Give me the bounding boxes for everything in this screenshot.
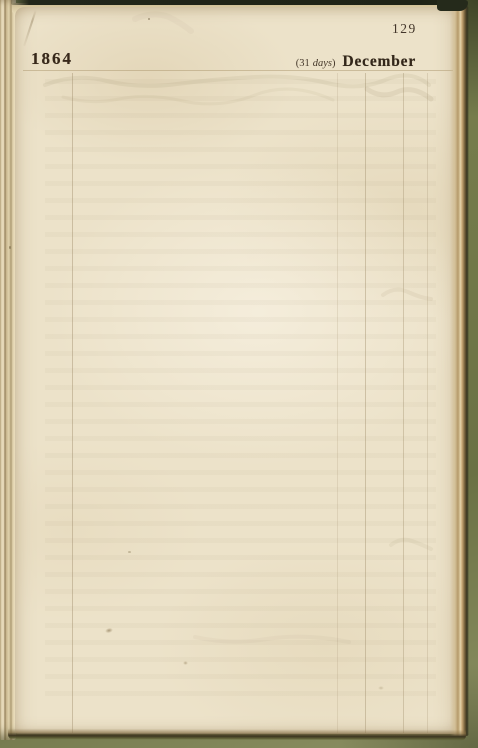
binding-page-edges: [0, 0, 16, 740]
scanned-diary-photo: 1864 129 (31days)December: [0, 0, 478, 748]
days-count-close: ): [332, 58, 336, 69]
month-name: December: [342, 53, 416, 70]
month-header: (31days)December: [296, 54, 416, 70]
book-cover-corner: [437, 0, 468, 11]
days-count-word: days: [313, 58, 332, 69]
foxing-spot: [183, 661, 188, 665]
page-number: 129: [392, 22, 417, 36]
foxing-spot: [148, 18, 150, 20]
page-crease: [23, 10, 37, 47]
book-cover-edge: [11, 0, 463, 5]
year-label: 1864: [31, 50, 73, 67]
diary-page: 1864 129 (31days)December: [15, 7, 458, 734]
days-count-open: (31: [296, 58, 310, 69]
foxing-spot: [128, 551, 131, 553]
ink-bleedthrough-rows: [45, 79, 436, 704]
header-rule: [23, 70, 453, 71]
foxing-spot: [9, 246, 11, 249]
page-right-edge: [450, 5, 470, 736]
page-bottom-edge: [8, 728, 466, 740]
foxing-spot: [378, 686, 384, 690]
